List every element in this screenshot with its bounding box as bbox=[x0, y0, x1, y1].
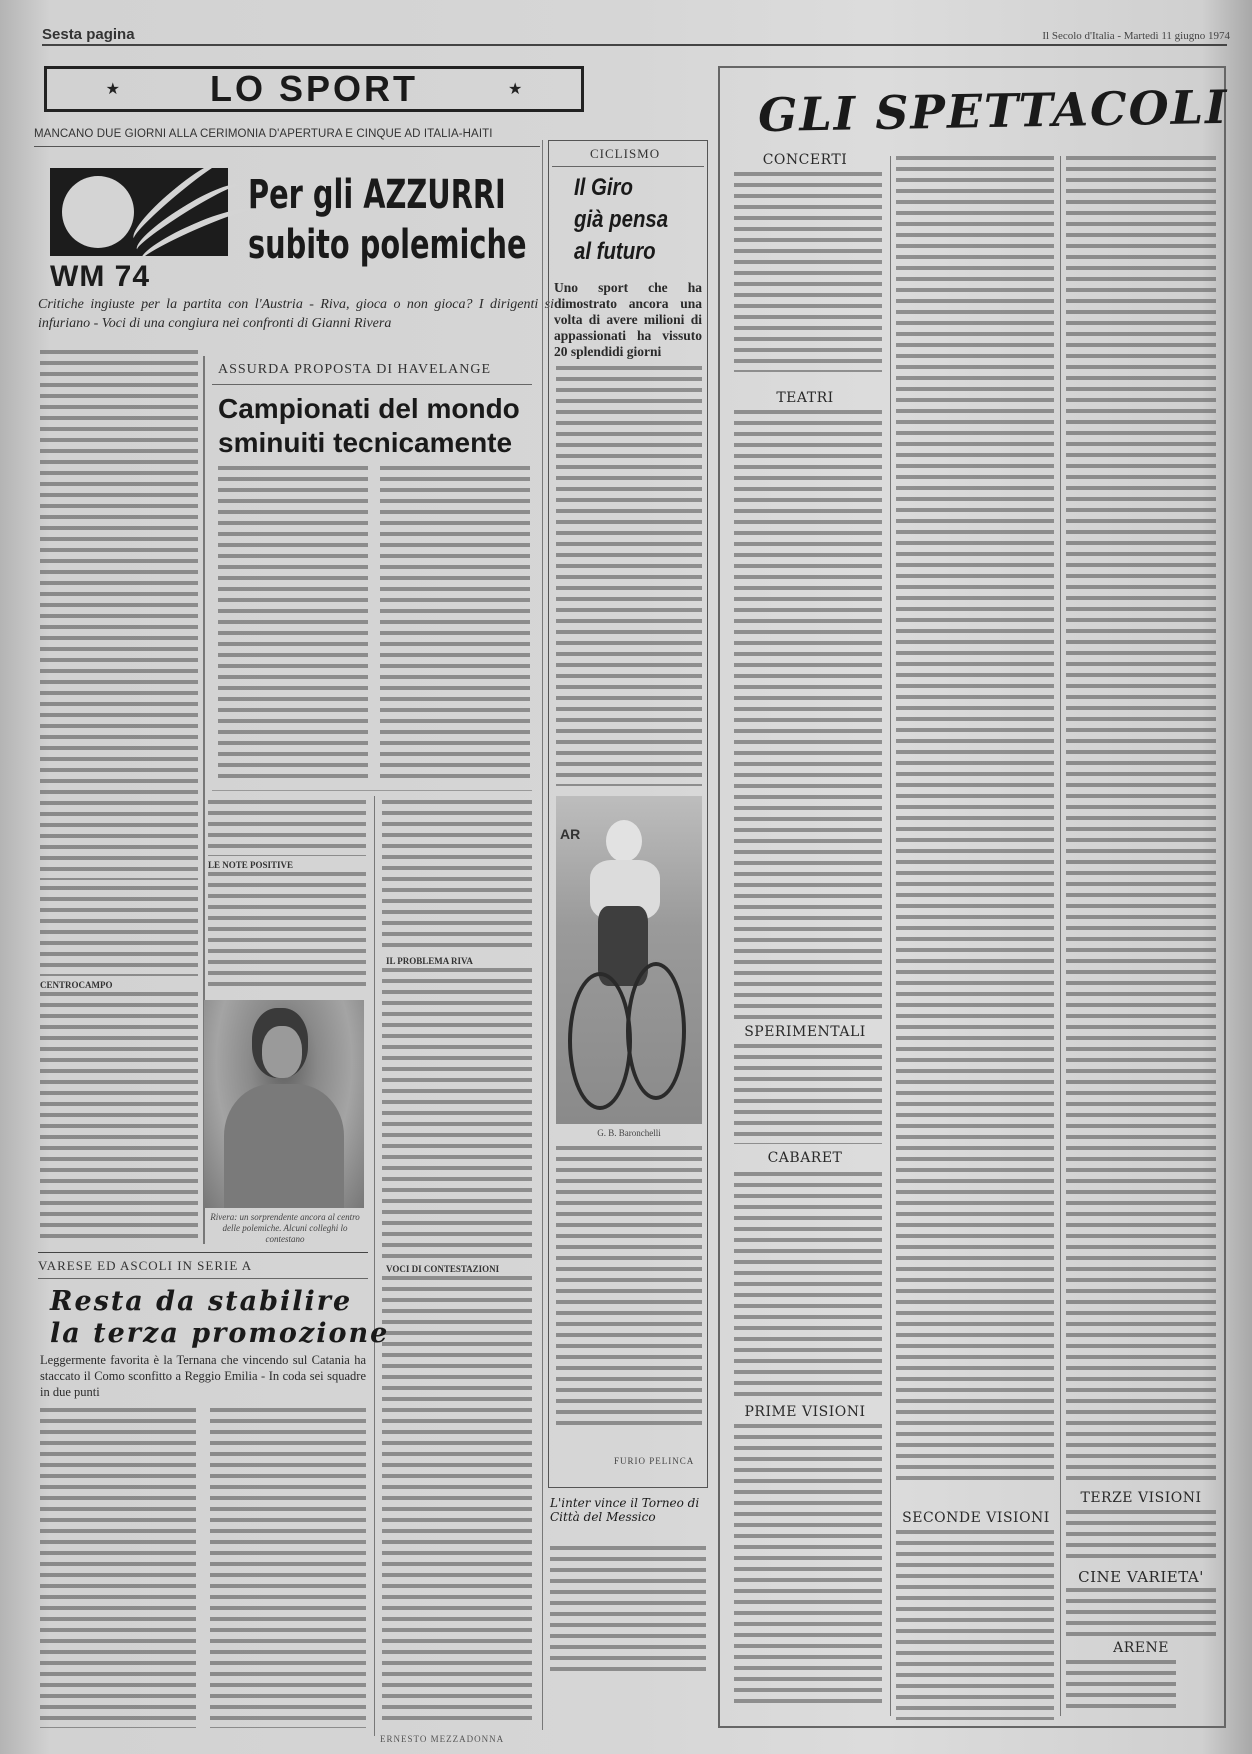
second-story-body bbox=[380, 466, 530, 782]
logo-text: WM 74 bbox=[50, 260, 150, 294]
section-prime-visioni: PRIME VISIONI bbox=[730, 1404, 880, 1420]
cyclist-photo-caption: G. B. Baronchelli bbox=[556, 1128, 702, 1139]
listings-prime-visioni bbox=[734, 1424, 882, 1704]
third-story-body bbox=[40, 1408, 196, 1728]
second-story-body bbox=[218, 466, 368, 782]
kicker-rule bbox=[552, 166, 704, 167]
inline-subhead: LE NOTE POSITIVE bbox=[208, 860, 293, 870]
rivera-photo-caption: Rivera: un sorprendente ancora al centro… bbox=[208, 1212, 362, 1245]
second-story-byline: ERNESTO MEZZADONNA bbox=[380, 1734, 504, 1744]
second-story-kicker: ASSURDA PROPOSTA DI HAVELANGE bbox=[218, 362, 491, 378]
brief-body bbox=[550, 1546, 706, 1676]
inline-subhead: IL PROBLEMA RIVA bbox=[386, 956, 473, 966]
listings-terze-visioni bbox=[1066, 1510, 1216, 1560]
lead-story-body bbox=[40, 350, 198, 880]
section-arene: ARENE bbox=[1066, 1640, 1216, 1656]
second-story-body bbox=[382, 1276, 532, 1722]
section-terze-visioni: TERZE VISIONI bbox=[1066, 1490, 1216, 1506]
listings-sperimentali bbox=[734, 1044, 882, 1144]
ciclismo-byline: FURIO PELINCA bbox=[614, 1456, 694, 1466]
column-divider bbox=[890, 156, 891, 1716]
newspaper-page: Sesta pagina Il Secolo d'Italia - Marted… bbox=[0, 0, 1252, 1754]
column-divider bbox=[542, 140, 543, 1730]
ciclismo-headline-line2: già pensa bbox=[574, 204, 668, 236]
rule bbox=[38, 1252, 368, 1253]
second-story-headline: Campionati del mondo sminuiti tecnicamen… bbox=[218, 392, 520, 460]
ciclismo-headline-line3: al futuro bbox=[574, 236, 668, 268]
star-ornament-icon: ★ bbox=[106, 79, 120, 99]
second-story-body bbox=[208, 872, 366, 990]
listings-cine-varieta bbox=[1066, 1588, 1216, 1638]
kicker-rule bbox=[34, 146, 540, 147]
listings-concerti bbox=[734, 172, 882, 372]
sport-section-banner: ★ LO SPORT ★ bbox=[44, 66, 584, 112]
star-ornament-icon: ★ bbox=[508, 79, 522, 99]
ciclismo-body bbox=[556, 366, 702, 786]
third-story-body bbox=[210, 1408, 366, 1728]
lead-subhead: Critiche ingiuste per la partita con l'A… bbox=[38, 295, 554, 333]
second-story-body bbox=[208, 800, 366, 856]
lead-headline: Per gli AZZURRI subito polemiche bbox=[248, 170, 527, 270]
page-label: Sesta pagina bbox=[42, 26, 135, 43]
lead-story-body bbox=[40, 992, 198, 1238]
rivera-photo bbox=[204, 1000, 364, 1208]
listings-seconde-visioni-cont bbox=[1066, 156, 1216, 1486]
section-sperimentali: SPERIMENTALI bbox=[730, 1024, 880, 1040]
listings-teatri bbox=[734, 410, 882, 1020]
second-story-body bbox=[382, 968, 532, 1258]
lead-story-body bbox=[40, 886, 198, 976]
section-cine-varieta: CINE VARIETA' bbox=[1066, 1568, 1216, 1586]
second-headline-line1: Campionati del mondo bbox=[218, 392, 520, 426]
ciclismo-kicker: CICLISMO bbox=[590, 146, 660, 162]
divider bbox=[212, 790, 532, 791]
section-teatri: TEATRI bbox=[730, 390, 880, 406]
cyclist-photo: AR bbox=[556, 796, 702, 1124]
ciclismo-headline: Il Giro già pensa al futuro bbox=[574, 172, 668, 268]
section-concerti: CONCERTI bbox=[730, 152, 880, 168]
third-headline-line1: Resta da stabilire bbox=[50, 1286, 389, 1318]
column-divider bbox=[374, 796, 375, 1736]
inline-subhead: VOCI DI CONTESTAZIONI bbox=[386, 1264, 499, 1274]
third-story-kicker: VARESE ED ASCOLI IN SERIE A bbox=[38, 1258, 252, 1274]
lead-headline-line1: Per gli AZZURRI bbox=[248, 170, 527, 220]
third-headline-line2: la terza promozione bbox=[50, 1318, 389, 1350]
section-cabaret: CABARET bbox=[730, 1150, 880, 1166]
ciclismo-brief-headline: L'inter vince il Torneo di Città del Mes… bbox=[550, 1496, 706, 1524]
ciclismo-headline-line1: Il Giro bbox=[574, 172, 668, 204]
column-divider bbox=[1060, 156, 1061, 1716]
sport-kicker: MANCANO DUE GIORNI ALLA CERIMONIA D'APER… bbox=[34, 128, 493, 140]
listings-cabaret bbox=[734, 1172, 882, 1402]
ciclismo-body bbox=[556, 1146, 702, 1426]
listings-prime-visioni-cont bbox=[896, 156, 1054, 1486]
listings-arene bbox=[1066, 1660, 1176, 1710]
section-seconde-visioni: SECONDE VISIONI bbox=[896, 1510, 1056, 1526]
spettacoli-title: GLI SPETTACOLI bbox=[758, 80, 1229, 142]
inline-subhead: CENTROCAMPO bbox=[40, 980, 113, 990]
lead-headline-line2: subito polemiche bbox=[248, 220, 527, 270]
third-story-headline: Resta da stabilire la terza promozione bbox=[50, 1286, 389, 1350]
third-story-subhead: Leggermente favorita è la Ternana che vi… bbox=[40, 1352, 366, 1400]
second-story-body bbox=[382, 800, 532, 950]
listings-seconde-visioni bbox=[896, 1530, 1054, 1720]
ciclismo-standfirst: Uno sport che ha dimostrato ancora una v… bbox=[554, 280, 702, 360]
wm74-logo-icon: WM 74 bbox=[50, 168, 228, 290]
second-headline-line2: sminuiti tecnicamente bbox=[218, 426, 520, 460]
sport-section-title: LO SPORT bbox=[210, 68, 418, 110]
publication-line: Il Secolo d'Italia - Martedì 11 giugno 1… bbox=[1042, 30, 1230, 42]
kicker-rule bbox=[212, 384, 532, 385]
kicker-rule bbox=[38, 1278, 368, 1279]
masthead-rule bbox=[42, 44, 1227, 46]
